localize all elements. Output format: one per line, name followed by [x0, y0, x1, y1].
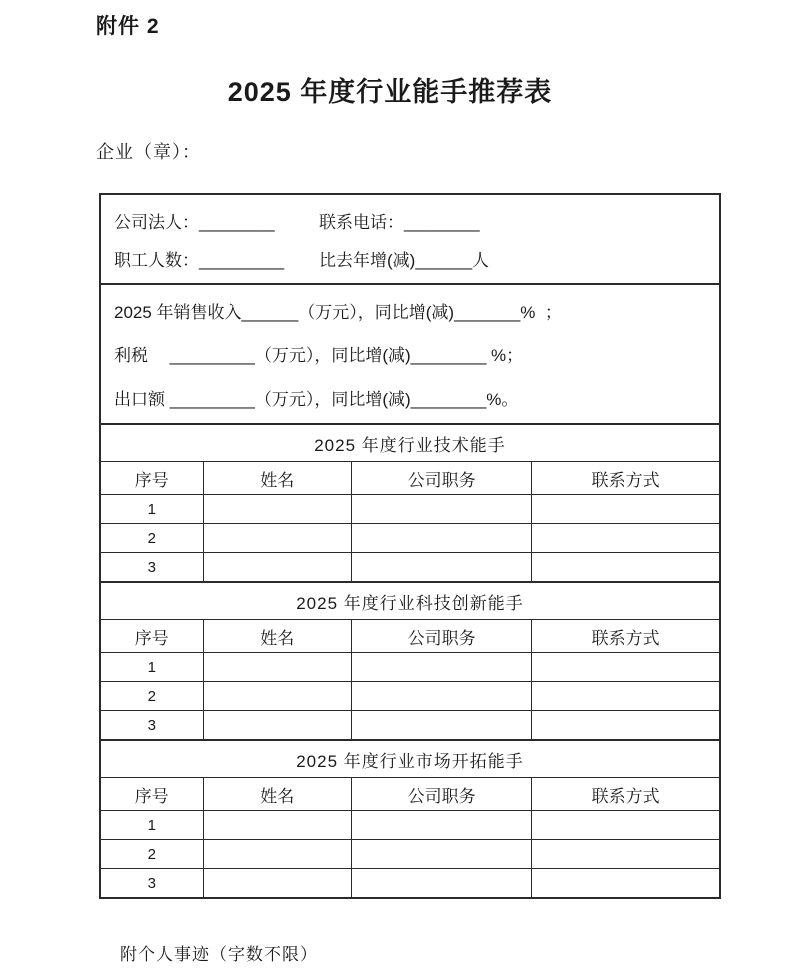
- position-cell: [352, 653, 532, 681]
- talent-table-header: 序号 姓名 公司职务 联系方式: [101, 777, 719, 810]
- column-header-name: 姓名: [204, 462, 352, 494]
- name-cell: [204, 653, 352, 681]
- contact-cell: [532, 682, 719, 710]
- name-cell: [204, 682, 352, 710]
- table-row: 3: [101, 710, 719, 739]
- row-number-cell: 3: [101, 711, 204, 739]
- column-header-position: 公司职务: [352, 620, 532, 652]
- table-row: 2: [101, 681, 719, 710]
- row-number-cell: 1: [101, 811, 204, 839]
- name-cell: [204, 524, 352, 552]
- export-value-line: 出口额 _________（万元），同比增(减)________%。: [114, 385, 715, 410]
- column-header-position: 公司职务: [352, 462, 532, 494]
- column-header-serial: 序号: [101, 620, 204, 652]
- form-table: 公司法人：________ 联系电话：________ 职工人数：_______…: [99, 193, 721, 899]
- contact-cell: [532, 869, 719, 897]
- column-header-serial: 序号: [101, 462, 204, 494]
- contact-cell: [532, 711, 719, 739]
- contact-cell: [532, 653, 719, 681]
- column-header-serial: 序号: [101, 778, 204, 810]
- contact-phone-field: 联系电话：________: [319, 208, 713, 233]
- contact-cell: [532, 811, 719, 839]
- column-header-name: 姓名: [204, 620, 352, 652]
- row-number-cell: 3: [101, 553, 204, 581]
- employee-count-field: 职工人数：_________: [114, 246, 319, 271]
- row-number-cell: 2: [101, 682, 204, 710]
- position-cell: [352, 840, 532, 868]
- talent-table-header: 序号 姓名 公司职务 联系方式: [101, 461, 719, 494]
- table-row: 1: [101, 494, 719, 523]
- talent-table-header: 序号 姓名 公司职务 联系方式: [101, 619, 719, 652]
- table-row: 2: [101, 839, 719, 868]
- profit-tax-line: 利税 _________（万元），同比增(减)________ %；: [114, 341, 715, 366]
- column-header-contact: 联系方式: [532, 620, 719, 652]
- legal-person-field: 公司法人：________: [114, 208, 319, 233]
- column-header-contact: 联系方式: [532, 778, 719, 810]
- row-number-cell: 2: [101, 524, 204, 552]
- attachment-label: 附件 2: [96, 10, 160, 40]
- company-info-section: 公司法人：________ 联系电话：________ 职工人数：_______…: [101, 195, 719, 283]
- table-row: 1: [101, 810, 719, 839]
- contact-cell: [532, 495, 719, 523]
- talent-section-title-technical: 2025 年度行业技术能手: [101, 423, 719, 461]
- position-cell: [352, 682, 532, 710]
- position-cell: [352, 553, 532, 581]
- contact-cell: [532, 553, 719, 581]
- finance-section: 2025 年销售收入______（万元），同比增(减)_______% ； 利税…: [101, 283, 719, 423]
- enterprise-seal-label: 企业（章）：: [96, 138, 201, 164]
- table-row: 3: [101, 868, 719, 897]
- position-cell: [352, 711, 532, 739]
- talent-section-title-market: 2025 年度行业市场开拓能手: [101, 739, 719, 777]
- document-title: 2025 年度行业能手推荐表: [0, 70, 780, 109]
- position-cell: [352, 495, 532, 523]
- row-number-cell: 1: [101, 495, 204, 523]
- name-cell: [204, 840, 352, 868]
- name-cell: [204, 553, 352, 581]
- table-row: 1: [101, 652, 719, 681]
- name-cell: [204, 495, 352, 523]
- document-page: 附件 2 2025 年度行业能手推荐表 企业（章）： 公司法人：________…: [0, 0, 800, 978]
- yoy-employee-change-field: 比去年增(减)______人: [319, 246, 713, 271]
- contact-cell: [532, 840, 719, 868]
- column-header-name: 姓名: [204, 778, 352, 810]
- table-row: 3: [101, 552, 719, 581]
- position-cell: [352, 811, 532, 839]
- row-number-cell: 2: [101, 840, 204, 868]
- name-cell: [204, 711, 352, 739]
- position-cell: [352, 524, 532, 552]
- name-cell: [204, 869, 352, 897]
- talent-section-title-innovation: 2025 年度行业科技创新能手: [101, 581, 719, 619]
- column-header-contact: 联系方式: [532, 462, 719, 494]
- footer-note: 附个人事迹（字数不限）: [120, 940, 318, 965]
- table-row: 2: [101, 523, 719, 552]
- row-number-cell: 1: [101, 653, 204, 681]
- column-header-position: 公司职务: [352, 778, 532, 810]
- position-cell: [352, 869, 532, 897]
- name-cell: [204, 811, 352, 839]
- info-row-1: 公司法人：________ 联系电话：________: [114, 208, 713, 233]
- sales-revenue-line: 2025 年销售收入______（万元），同比增(减)_______% ；: [114, 298, 715, 323]
- info-row-2: 职工人数：_________ 比去年增(减)______人: [114, 246, 713, 271]
- row-number-cell: 3: [101, 869, 204, 897]
- contact-cell: [532, 524, 719, 552]
